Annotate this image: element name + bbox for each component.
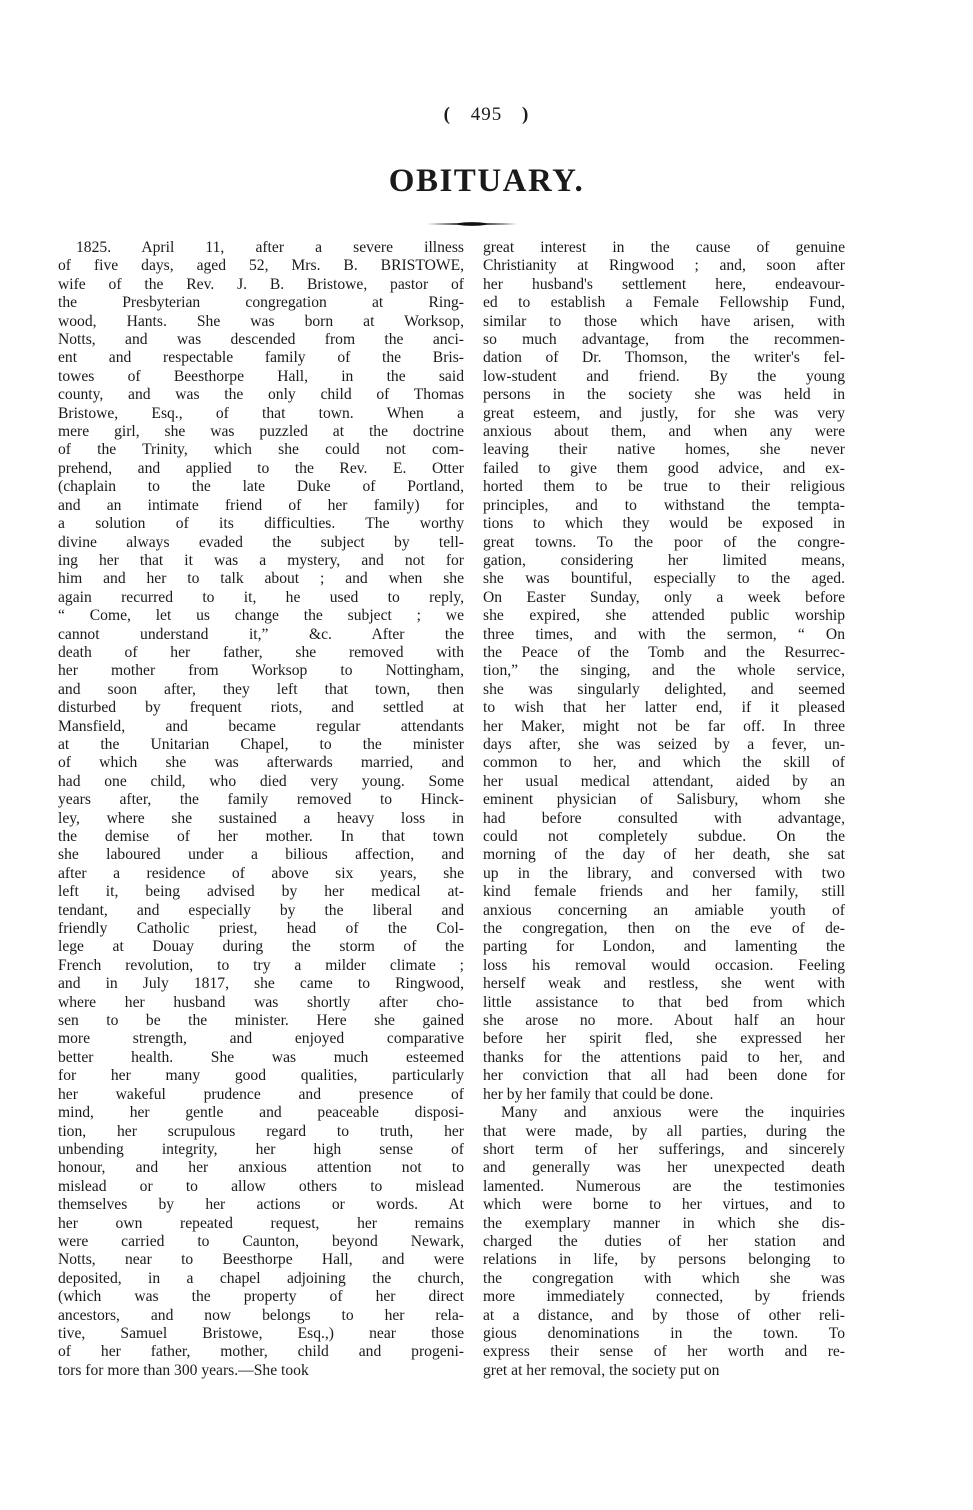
page-number-value: 495: [471, 104, 503, 126]
left-column-line: county, and was the only child of Thomas: [58, 386, 464, 404]
right-column-line: up in the library, and conversed with tw…: [483, 865, 845, 883]
left-column-line: ing her that it was a mystery, and not f…: [58, 552, 464, 570]
right-column-line: Christianity at Ringwood ; and, soon aft…: [483, 257, 845, 275]
right-column-line: thanks for the attentions paid to her, a…: [483, 1049, 845, 1067]
left-column-line: themselves by her actions or words. At: [58, 1196, 464, 1214]
right-column-line: to wish that her latter end, if it pleas…: [483, 699, 845, 717]
left-column-line: of five days, aged 52, Mrs. B. BRISTOWE,: [58, 257, 464, 275]
left-column-line: had one child, who died very young. Some: [58, 773, 464, 791]
right-column-line: tions to which they would be exposed in: [483, 515, 845, 533]
right-column-line: common to her, and which the skill of: [483, 754, 845, 772]
right-column-line: kind female friends and her family, stil…: [483, 883, 845, 901]
left-column-line: friendly Catholic priest, head of the Co…: [58, 920, 464, 938]
right-column-line: the congregation with which she was: [483, 1270, 845, 1288]
right-column-line: at a distance, and by those of other rel…: [483, 1307, 845, 1325]
right-column-line: anxious about them, and when any were: [483, 423, 845, 441]
left-column-line: years after, the family removed to Hinck…: [58, 791, 464, 809]
left-column-line: the demise of her mother. In that town: [58, 828, 464, 846]
right-column-line: she arose no more. About half an hour: [483, 1012, 845, 1030]
right-column-line: more immediately connected, by friends: [483, 1288, 845, 1306]
left-column-line: for her many good qualities, particularl…: [58, 1067, 464, 1085]
right-column-line: gret at her removal, the society put on: [483, 1362, 845, 1380]
left-column-line: the Presbyterian congregation at Ring-: [58, 294, 464, 312]
right-column-line: and generally was her unexpected death: [483, 1159, 845, 1177]
left-column-line: her mother from Worksop to Nottingham,: [58, 662, 464, 680]
left-column-line: Notts, near to Beesthorpe Hall, and were: [58, 1251, 464, 1269]
right-column-line: her usual medical attendant, aided by an: [483, 773, 845, 791]
right-column-line: relations in life, by persons belonging …: [483, 1251, 845, 1269]
left-column-line: where her husband was shortly after cho-: [58, 994, 464, 1012]
right-column-line: horted them to be true to their religiou…: [483, 478, 845, 496]
page-number: ( 495 ): [0, 104, 973, 126]
left-column-line: wife of the Rev. J. B. Bristowe, pastor …: [58, 276, 464, 294]
right-column-line: gation, considering her limited means,: [483, 552, 845, 570]
left-column-line: “ Come, let us change the subject ; we: [58, 607, 464, 625]
right-column-line: parting for London, and lamenting the: [483, 938, 845, 956]
left-column-line: mind, her gentle and peaceable disposi-: [58, 1104, 464, 1122]
right-column-line: great towns. To the poor of the congre-: [483, 534, 845, 552]
section-title: OBITUARY.: [0, 163, 973, 200]
right-column-line: great interest in the cause of genuine: [483, 239, 845, 257]
left-column-line: unbending integrity, her high sense of: [58, 1141, 464, 1159]
left-column-line: French revolution, to try a milder clima…: [58, 957, 464, 975]
right-column-line: the Peace of the Tomb and the Resurrec-: [483, 644, 845, 662]
left-column-line: ancestors, and now belongs to her rela-: [58, 1307, 464, 1325]
left-column-line: of her father, mother, child and progeni…: [58, 1343, 464, 1361]
right-column-line: great esteem, and justly, for she was ve…: [483, 405, 845, 423]
right-column-line: she was bountiful, especially to the age…: [483, 570, 845, 588]
left-column-line: of the Trinity, which she could not com-: [58, 441, 464, 459]
right-column-line: her husband's settlement here, endeavour…: [483, 276, 845, 294]
right-column-line: little assistance to that bed from which: [483, 994, 845, 1012]
left-column-line: Bristowe, Esq., of that town. When a: [58, 405, 464, 423]
right-column-line: the congregation, then on the eve of de-: [483, 920, 845, 938]
page-number-close-paren: ): [508, 104, 543, 126]
right-column-line: ed to establish a Female Fellowship Fund…: [483, 294, 845, 312]
right-column-line: she was singularly delighted, and seemed: [483, 681, 845, 699]
left-column-line: of which she was afterwards married, and: [58, 754, 464, 772]
left-column-line: her own repeated request, her remains: [58, 1215, 464, 1233]
right-column-line: express their sense of her worth and re-: [483, 1343, 845, 1361]
left-column-line: tors for more than 300 years.—She took: [58, 1362, 464, 1380]
right-column-line: gious denominations in the town. To: [483, 1325, 845, 1343]
left-column-line: tendant, and especially by the liberal a…: [58, 902, 464, 920]
left-column-line: him and her to talk about ; and when she: [58, 570, 464, 588]
left-column-line: mere girl, she was puzzled at the doctri…: [58, 423, 464, 441]
left-column-line: were carried to Caunton, beyond Newark,: [58, 1233, 464, 1251]
left-column-line: again recurred to it, he used to reply,: [58, 589, 464, 607]
left-column-line: honour, and her anxious attention not to: [58, 1159, 464, 1177]
left-column-line: and soon after, they left that town, the…: [58, 681, 464, 699]
right-column-line: dation of Dr. Thomson, the writer's fel-: [483, 349, 845, 367]
left-column-line: more strength, and enjoyed comparative: [58, 1030, 464, 1048]
left-column-line: ley, where she sustained a heavy loss in: [58, 810, 464, 828]
right-column-line: her Maker, might not be far off. In thre…: [483, 718, 845, 736]
right-column-line: failed to give them good advice, and ex-: [483, 460, 845, 478]
right-column-line: Many and anxious were the inquiries: [483, 1104, 845, 1122]
right-column-line: which were borne to her virtues, and to: [483, 1196, 845, 1214]
left-column-line: death of her father, she removed with: [58, 644, 464, 662]
right-column-line: leaving their native homes, she never: [483, 441, 845, 459]
right-column-line: similar to those which have arisen, with: [483, 313, 845, 331]
left-column-line: tion, her scrupulous regard to truth, he…: [58, 1123, 464, 1141]
right-column-line: charged the duties of her station and: [483, 1233, 845, 1251]
right-column-line: so much advantage, from the recommen-: [483, 331, 845, 349]
right-column-line: short term of her sufferings, and sincer…: [483, 1141, 845, 1159]
right-column-line: low-student and friend. By the young: [483, 368, 845, 386]
right-column-line: eminent physician of Salisbury, whom she: [483, 791, 845, 809]
left-column-line: and in July 1817, she came to Ringwood,: [58, 975, 464, 993]
left-column-line: ent and respectable family of the Bris-: [58, 349, 464, 367]
right-column-line: persons in the society she was held in: [483, 386, 845, 404]
right-column-text: great interest in the cause of genuineCh…: [483, 239, 845, 1380]
left-column-line: at the Unitarian Chapel, to the minister: [58, 736, 464, 754]
right-column-line: loss his removal would occasion. Feeling: [483, 957, 845, 975]
left-column-line: lege at Douay during the storm of the: [58, 938, 464, 956]
page-number-open-paren: (: [430, 104, 465, 126]
left-column-line: after a residence of above six years, sh…: [58, 865, 464, 883]
right-column-line: herself weak and restless, she went with: [483, 975, 845, 993]
left-column-line: Notts, and was descended from the anci-: [58, 331, 464, 349]
right-column-line: her conviction that all had been done fo…: [483, 1067, 845, 1085]
left-column-line: Mansfield, and became regular attendants: [58, 718, 464, 736]
right-column-line: the exemplary manner in which she dis-: [483, 1215, 845, 1233]
left-column-line: disturbed by frequent riots, and settled…: [58, 699, 464, 717]
right-column-line: her by her family that could be done.: [483, 1086, 845, 1104]
left-column-line: wood, Hants. She was born at Worksop,: [58, 313, 464, 331]
left-column-line: better health. She was much esteemed: [58, 1049, 464, 1067]
right-column-line: anxious concerning an amiable youth of: [483, 902, 845, 920]
left-column-line: mislead or to allow others to mislead: [58, 1178, 464, 1196]
left-column-line: divine always evaded the subject by tell…: [58, 534, 464, 552]
right-column-line: days after, she was seized by a fever, u…: [483, 736, 845, 754]
left-column-line: deposited, in a chapel adjoining the chu…: [58, 1270, 464, 1288]
right-column-line: lamented. Numerous are the testimonies: [483, 1178, 845, 1196]
left-column-line: tive, Samuel Bristowe, Esq.,) near those: [58, 1325, 464, 1343]
right-column-line: principles, and to withstand the tempta-: [483, 497, 845, 515]
right-column-line: could not completely subdue. On the: [483, 828, 845, 846]
left-column-text: 1825. April 11, after a severe illnessof…: [58, 239, 464, 1380]
right-column-line: On Easter Sunday, only a week before: [483, 589, 845, 607]
left-column-line: cannot understand it,” &c. After the: [58, 626, 464, 644]
left-column-line: towes of Beesthorpe Hall, in the said: [58, 368, 464, 386]
right-column-line: tion,” the singing, and the whole servic…: [483, 662, 845, 680]
left-column-line: left it, being advised by her medical at…: [58, 883, 464, 901]
left-column-line: a solution of its difficulties. The wort…: [58, 515, 464, 533]
left-column-line: her wakeful prudence and presence of: [58, 1086, 464, 1104]
right-column-line: morning of the day of her death, she sat: [483, 846, 845, 864]
left-column-line: sen to be the minister. Here she gained: [58, 1012, 464, 1030]
right-column-line: before her spirit fled, she expressed he…: [483, 1030, 845, 1048]
right-column-line: she expired, she attended public worship: [483, 607, 845, 625]
ornamental-rule-divider: [427, 221, 517, 227]
left-column-line: (which was the property of her direct: [58, 1288, 464, 1306]
left-column-line: prehend, and applied to the Rev. E. Otte…: [58, 460, 464, 478]
right-column-line: that were made, by all parties, during t…: [483, 1123, 845, 1141]
left-column-line: 1825. April 11, after a severe illness: [58, 239, 464, 257]
left-column-line: (chaplain to the late Duke of Portland,: [58, 478, 464, 496]
right-column-line: three times, and with the sermon, “ On: [483, 626, 845, 644]
left-column-line: and an intimate friend of her family) fo…: [58, 497, 464, 515]
left-column-line: she laboured under a bilious affection, …: [58, 846, 464, 864]
right-column-line: had before consulted with advantage,: [483, 810, 845, 828]
